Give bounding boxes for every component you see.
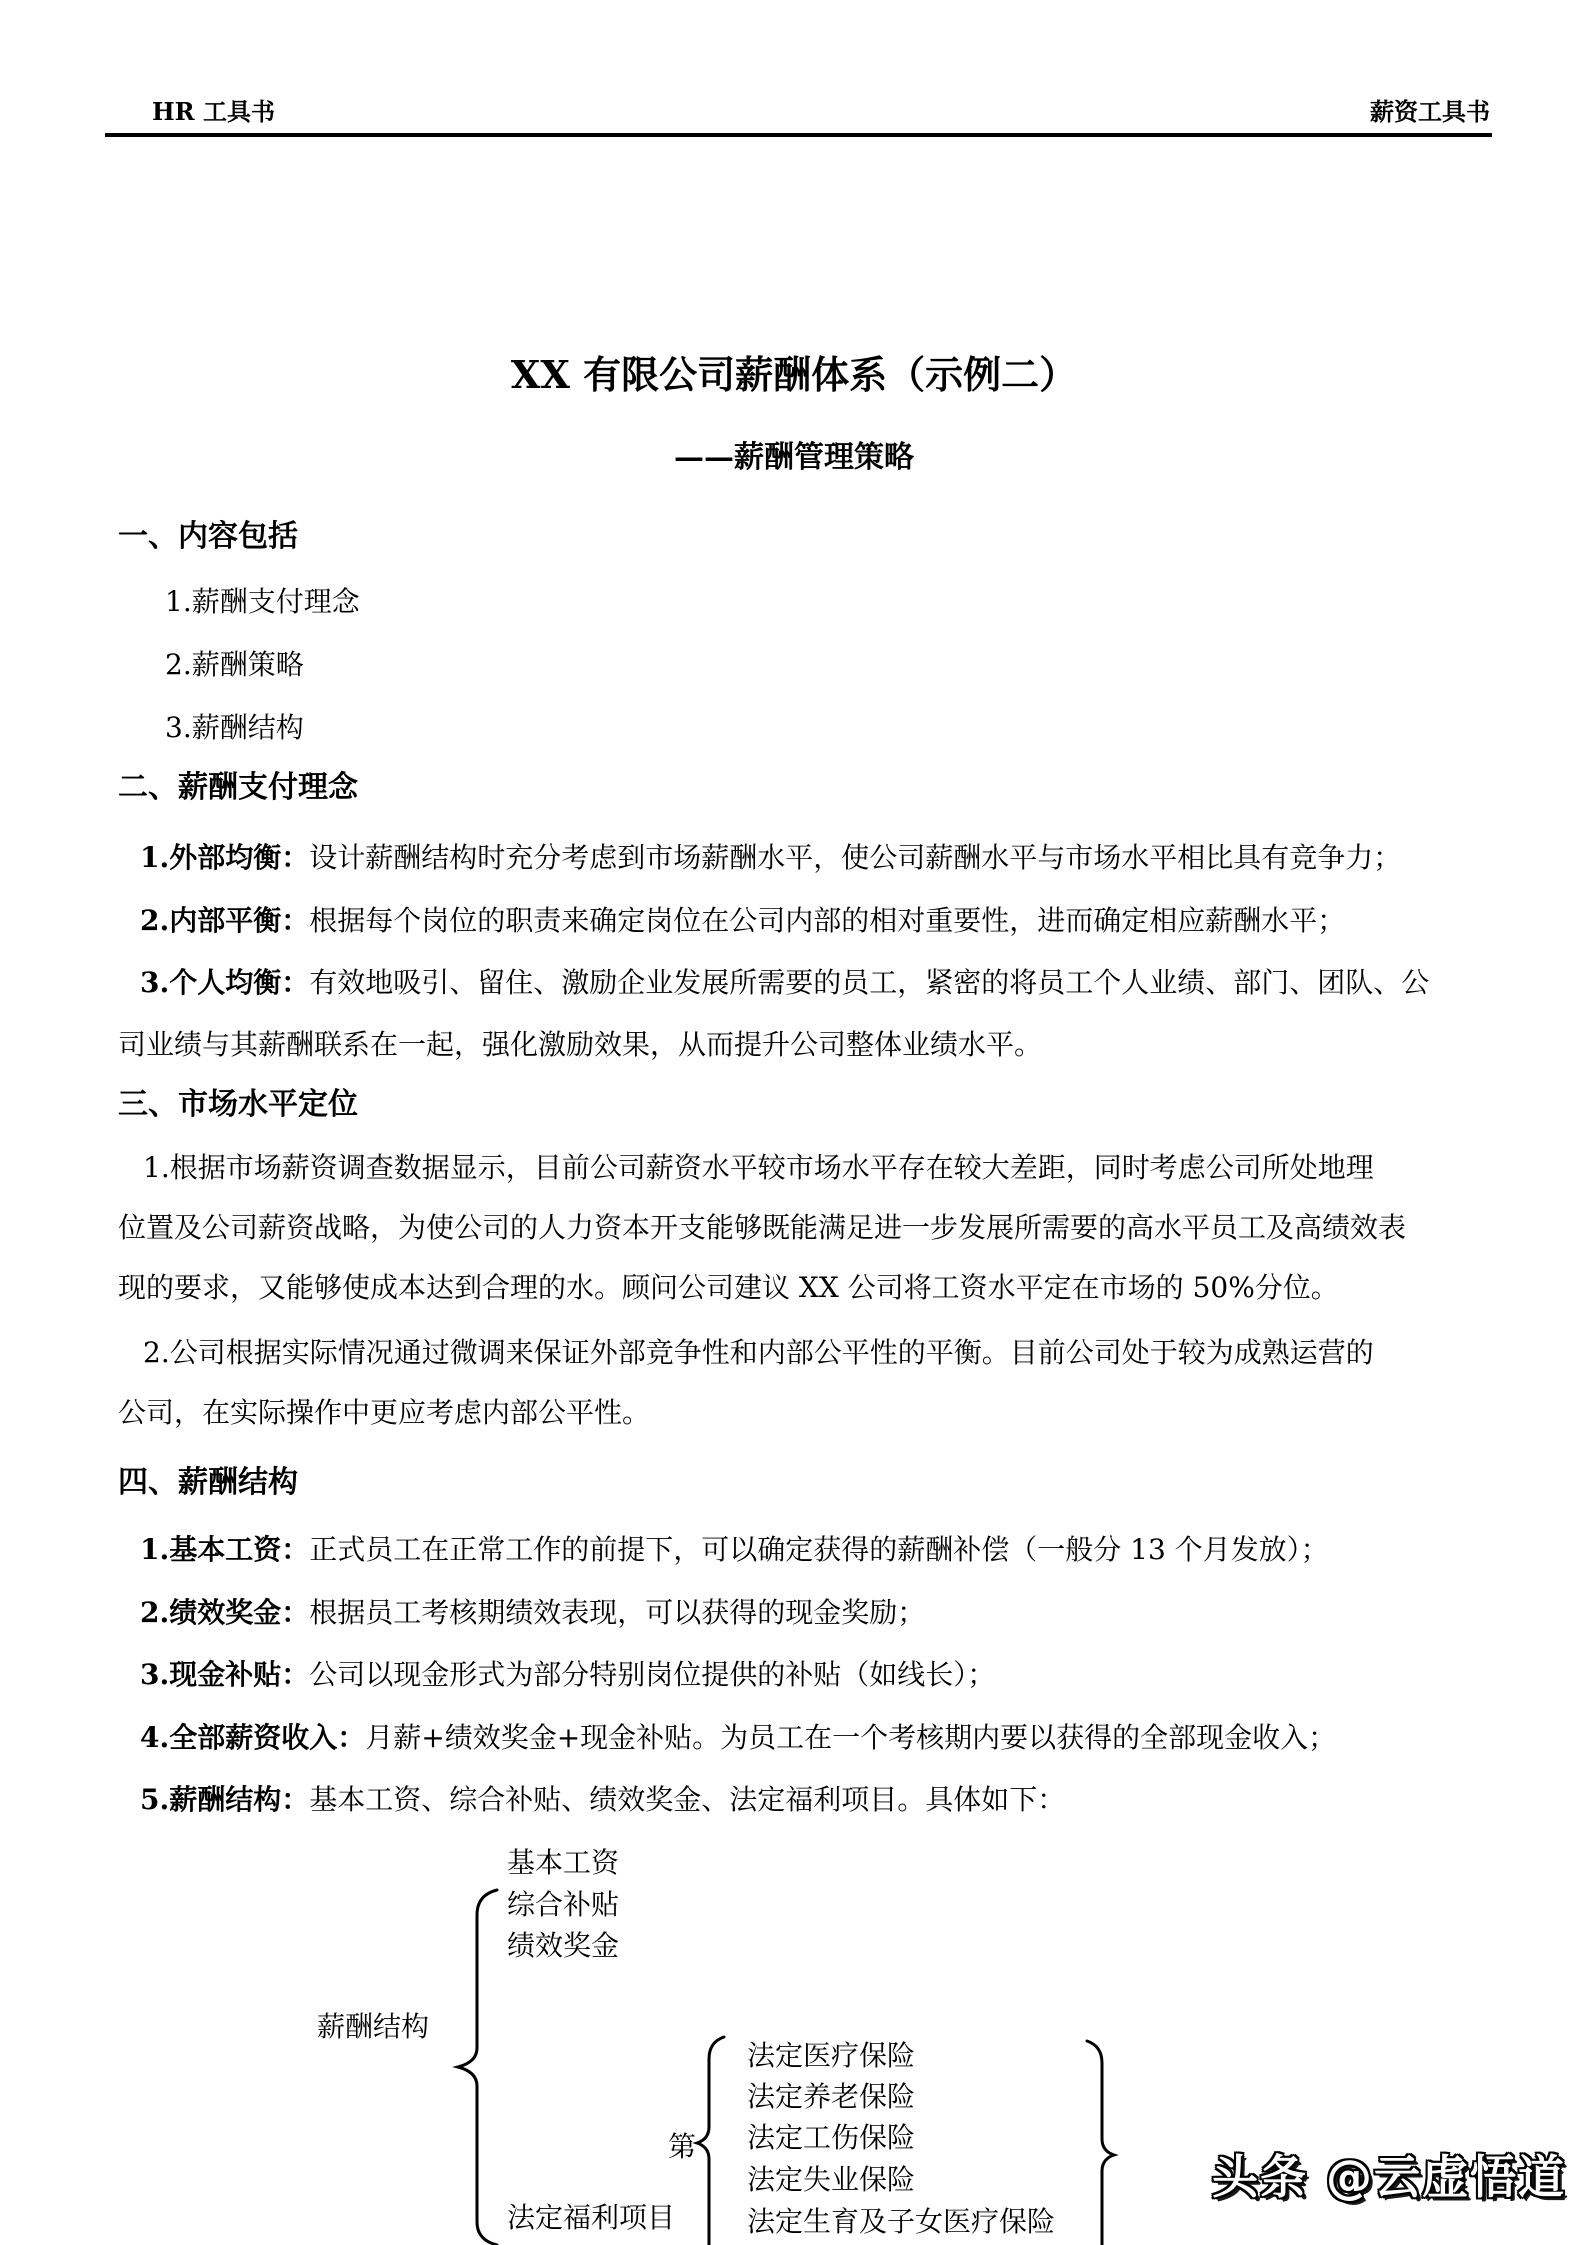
section-4-heading: 四、薪酬结构 <box>118 1466 298 1501</box>
section-3-line-3: 现的要求，又能够使成本达到合理的水。顾问公司建议 XX 公司将工资水平定在市场的… <box>118 1271 1339 1305</box>
section-3-line-1: 1.根据市场薪资调查数据显示，目前公司薪资水平较市场水平存在较大差距，同时考虑公… <box>143 1151 1374 1185</box>
section-2-item-1: 1.外部均衡：设计薪酬结构时充分考虑到市场薪酬水平，使公司薪酬水平与市场水平相比… <box>140 841 1401 875</box>
section-4-item-1-text: 正式员工在正常工作的前提下，可以确定获得的薪酬补偿（一般分 13 个月发放）； <box>309 1533 1328 1566</box>
header-left: HR 工具书 <box>152 100 275 124</box>
diagram-root-label: 薪酬结构 <box>317 2010 429 2044</box>
inner-left-brace <box>697 2037 724 2245</box>
section-3-heading: 三、市场水平定位 <box>118 1088 358 1123</box>
section-4-item-3-text: 公司以现金形式为部分特别岗位提供的补贴（如线长）； <box>309 1658 995 1691</box>
diagram-braces <box>0 0 1588 2245</box>
section-4-item-3-lead: 3.现金补贴： <box>140 1658 309 1691</box>
section-2-item-3: 3.个人均衡：有效地吸引、留住、激励企业发展所需要的员工，紧密的将员工个人业绩、… <box>140 966 1429 1000</box>
section-1-item-3: 3.薪酬结构 <box>165 711 304 745</box>
document-page: HR 工具书 薪资工具书 XX 有限公司薪酬体系（示例二） ——薪酬管理策略 一… <box>0 0 1588 2245</box>
section-4-item-4: 4.全部薪资收入：月薪+绩效奖金+现金补贴。为员工在一个考核期内要以获得的全部现… <box>140 1721 1336 1755</box>
diagram-cash-item-subsidy: 综合补贴 <box>507 1888 619 1922</box>
section-4-item-4-text: 月薪+绩效奖金+现金补贴。为员工在一个考核期内要以获得的全部现金收入； <box>365 1721 1336 1754</box>
section-3-line-5: 公司，在实际操作中更应考虑内部公平性。 <box>118 1396 650 1430</box>
diagram-cash-item-bonus: 绩效奖金 <box>507 1929 619 1963</box>
page-subtitle: ——薪酬管理策略 <box>0 441 1588 474</box>
diagram-welfare-label: 法定福利项目 <box>507 2201 675 2235</box>
section-2-item-1-lead: 1.外部均衡： <box>140 841 309 874</box>
section-4-item-2-lead: 2.绩效奖金： <box>140 1596 309 1629</box>
header-right: 薪资工具书 <box>1370 100 1490 124</box>
section-1-heading: 一、内容包括 <box>118 520 298 555</box>
section-4-item-5: 5.薪酬结构：基本工资、综合补贴、绩效奖金、法定福利项目。具体如下： <box>140 1783 1065 1817</box>
section-1-item-1: 1.薪酬支付理念 <box>165 585 360 619</box>
page-title: XX 有限公司薪酬体系（示例二） <box>0 354 1588 396</box>
section-4-item-1-lead: 1.基本工资： <box>140 1533 309 1566</box>
right-brace <box>1087 2041 1114 2245</box>
section-2-item-3-lead: 3.个人均衡： <box>140 966 309 999</box>
outer-left-brace <box>458 1890 497 2245</box>
header-rule <box>105 133 1492 137</box>
diagram-welfare-item-injury: 法定工伤保险 <box>747 2121 915 2155</box>
section-3-line-4: 2.公司根据实际情况通过微调来保证外部竞争性和内部公平性的平衡。目前公司处于较为… <box>143 1336 1374 1370</box>
section-2-item-2-text: 根据每个岗位的职责来确定岗位在公司内部的相对重要性，进而确定相应薪酬水平； <box>309 904 1345 937</box>
section-2-item-2: 2.内部平衡：根据每个岗位的职责来确定岗位在公司内部的相对重要性，进而确定相应薪… <box>140 904 1345 938</box>
diagram-welfare-item-pension: 法定养老保险 <box>747 2080 915 2114</box>
section-4-item-5-lead: 5.薪酬结构： <box>140 1783 309 1816</box>
diagram-cash-item-base-salary: 基本工资 <box>507 1846 619 1880</box>
section-1-item-2: 2.薪酬策略 <box>165 648 304 682</box>
section-4-item-1: 1.基本工资：正式员工在正常工作的前提下，可以确定获得的薪酬补偿（一般分 13 … <box>140 1533 1329 1567</box>
section-2-item-2-lead: 2.内部平衡： <box>140 904 309 937</box>
diagram-welfare-item-maternity: 法定生育及子女医疗保险 <box>747 2205 1055 2239</box>
watermark: 头条 @云虚悟道 <box>1212 2150 1566 2205</box>
section-3-line-2: 位置及公司薪资战略，为使公司的人力资本开支能够既能满足进一步发展所需要的高水平员… <box>118 1211 1406 1245</box>
diagram-welfare-item-medical: 法定医疗保险 <box>747 2039 915 2073</box>
section-2-item-1-text: 设计薪酬结构时充分考虑到市场薪酬水平，使公司薪酬水平与市场水平相比具有竞争力； <box>309 841 1401 874</box>
section-4-item-5-text: 基本工资、综合补贴、绩效奖金、法定福利项目。具体如下： <box>309 1783 1065 1816</box>
section-4-item-2: 2.绩效奖金：根据员工考核期绩效表现，可以获得的现金奖励； <box>140 1596 925 1630</box>
section-2-item-3-continuation: 司业绩与其薪酬联系在一起，强化激励效果，从而提升公司整体业绩水平。 <box>118 1028 1042 1062</box>
diagram-stray-character: 第 <box>668 2130 696 2164</box>
section-4-item-4-lead: 4.全部薪资收入： <box>140 1721 365 1754</box>
section-4-item-3: 3.现金补贴：公司以现金形式为部分特别岗位提供的补贴（如线长）； <box>140 1658 995 1692</box>
section-2-item-3-text: 有效地吸引、留住、激励企业发展所需要的员工，紧密的将员工个人业绩、部门、团队、公 <box>309 966 1429 999</box>
section-2-heading: 二、薪酬支付理念 <box>118 771 358 806</box>
diagram-welfare-item-unemployment: 法定失业保险 <box>747 2163 915 2197</box>
section-4-item-2-text: 根据员工考核期绩效表现，可以获得的现金奖励； <box>309 1596 925 1629</box>
